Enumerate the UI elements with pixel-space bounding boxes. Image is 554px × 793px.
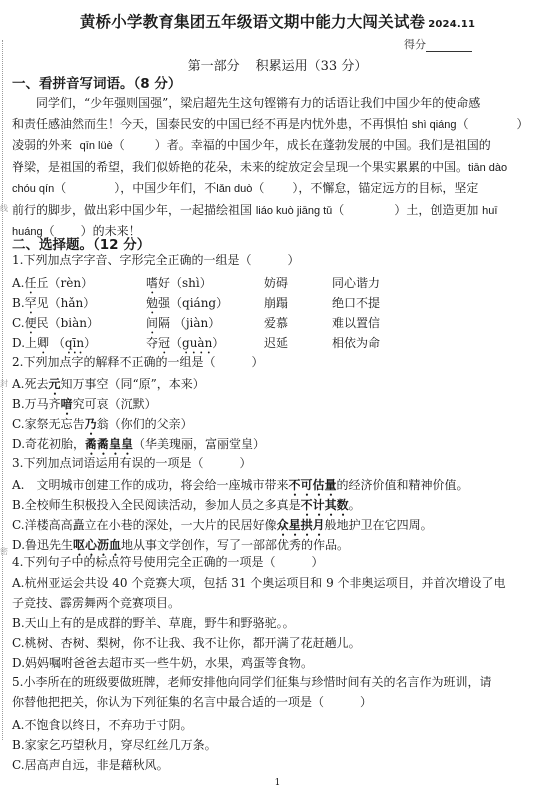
section1-passage: 同学们，“少年强则国强”，梁启超先生这句铿锵有力的话语让我们中国少年的使命感 和…: [12, 93, 542, 243]
pinyin-liaokuo: liáo kuò jiāng tǔ: [256, 205, 332, 217]
q4-stem: 4.下列句子中的标点符号使用完全正确的一项是（ ）: [12, 552, 323, 572]
passage-line: 和责任感油然而生！今天，国泰民安的中国已经不再是内忧外患，不再惧怕 shì qi…: [12, 114, 542, 136]
q4-option-a-cont: 子竞技、霹雳舞两个竞赛项目。: [12, 594, 180, 611]
q5-option-b[interactable]: B.家家乞巧望秋月，穿尽红丝几万条。: [12, 736, 217, 753]
score-blank[interactable]: [426, 41, 472, 52]
passage-line: chóu qín（），中国少年们，不lǎn duò（），不懈怠，锚定远方的目标，…: [12, 178, 542, 200]
passage-line: 凌弱的外来 qīn lüè（）者。幸福的中国少年，成长在蓬勃发展的中国。我们是祖…: [12, 135, 542, 157]
q4-option-a[interactable]: A.杭州亚运会共设 40 个竞赛大项，包括 31 个奥运项目和 9 个非奥运项目…: [12, 574, 506, 591]
page-number: 1: [10, 778, 545, 788]
q2-stem: 2.下列加点字的解释不正确的一组是（ ）: [12, 352, 263, 372]
pinyin-shiqiang: shì qiáng: [412, 119, 457, 131]
pinyin-chouqin: chóu qín: [12, 183, 54, 195]
q4-option-d[interactable]: D.妈妈嘱咐爸爸去超市买一些牛奶，水果，鸡蛋等食物。: [12, 654, 313, 671]
passage-line: 前行的脚步，做出彩中国少年，一起描绘祖国 liáo kuò jiāng tǔ（）…: [12, 200, 542, 222]
title-text: 黄桥小学教育集团五年级语文期中能力大闯关试卷: [80, 13, 425, 31]
binding-line: [2, 40, 3, 740]
pinyin-tiandao: tiān dào: [468, 162, 507, 174]
binding-mark: 封: [0, 380, 6, 388]
q5-stem-line1: 5.小李所在的班级要做班牌，老师安排他向同学们征集与珍惜时间有关的名言作为班训，…: [12, 672, 491, 692]
part-name: 第一部分: [188, 59, 240, 74]
q5-option-a[interactable]: A.不饱食以终日，不弃功于寸阴。: [12, 716, 192, 733]
part-subtitle: 积累运用（33 分）: [256, 59, 368, 74]
q1-stem: 1.下列加点字字音、字形完全正确的一组是（ ）: [12, 250, 299, 270]
q5-stem-line2: 你替他把把关，你认为下列征集的名言中最合适的一项是（ ）: [12, 692, 372, 712]
q4-option-c[interactable]: C.桃树、杏树、梨树，你不让我、我不让你，都开满了花赶趟儿。: [12, 634, 361, 651]
score-label: 得分: [404, 38, 426, 51]
pinyin-qinlue: qīn lüè: [80, 140, 113, 152]
exam-date: 2024.11: [428, 19, 475, 30]
binding-mark: 线: [0, 205, 6, 213]
passage-line: 脊梁，是祖国的希望，我们似娇艳的花朵，未来的绽放定会呈现一个果实累累的中国。ti…: [12, 157, 542, 179]
q5-option-c[interactable]: C.居高声自远，非是藉秋风。: [12, 756, 169, 773]
pinyin-hui: huī: [482, 205, 497, 217]
score-field: 得分: [404, 36, 472, 52]
q4-option-b[interactable]: B.天山上有的是成群的野羊、草鹿，野牛和野骆驼。。: [12, 614, 295, 631]
binding-mark: 密: [0, 548, 6, 556]
passage-line: 同学们，“少年强则国强”，梁启超先生这句铿锵有力的话语让我们中国少年的使命感: [12, 93, 542, 114]
exam-title: 黄桥小学教育集团五年级语文期中能力大闯关试卷2024.11: [10, 10, 545, 32]
q3-stem: 3.下列加点词语运用有误的一项是（ ）: [12, 453, 251, 473]
pinyin-landuo: lǎn duò: [216, 183, 252, 195]
section1-heading: 一、看拼音写词语。（8 分）: [12, 72, 181, 92]
